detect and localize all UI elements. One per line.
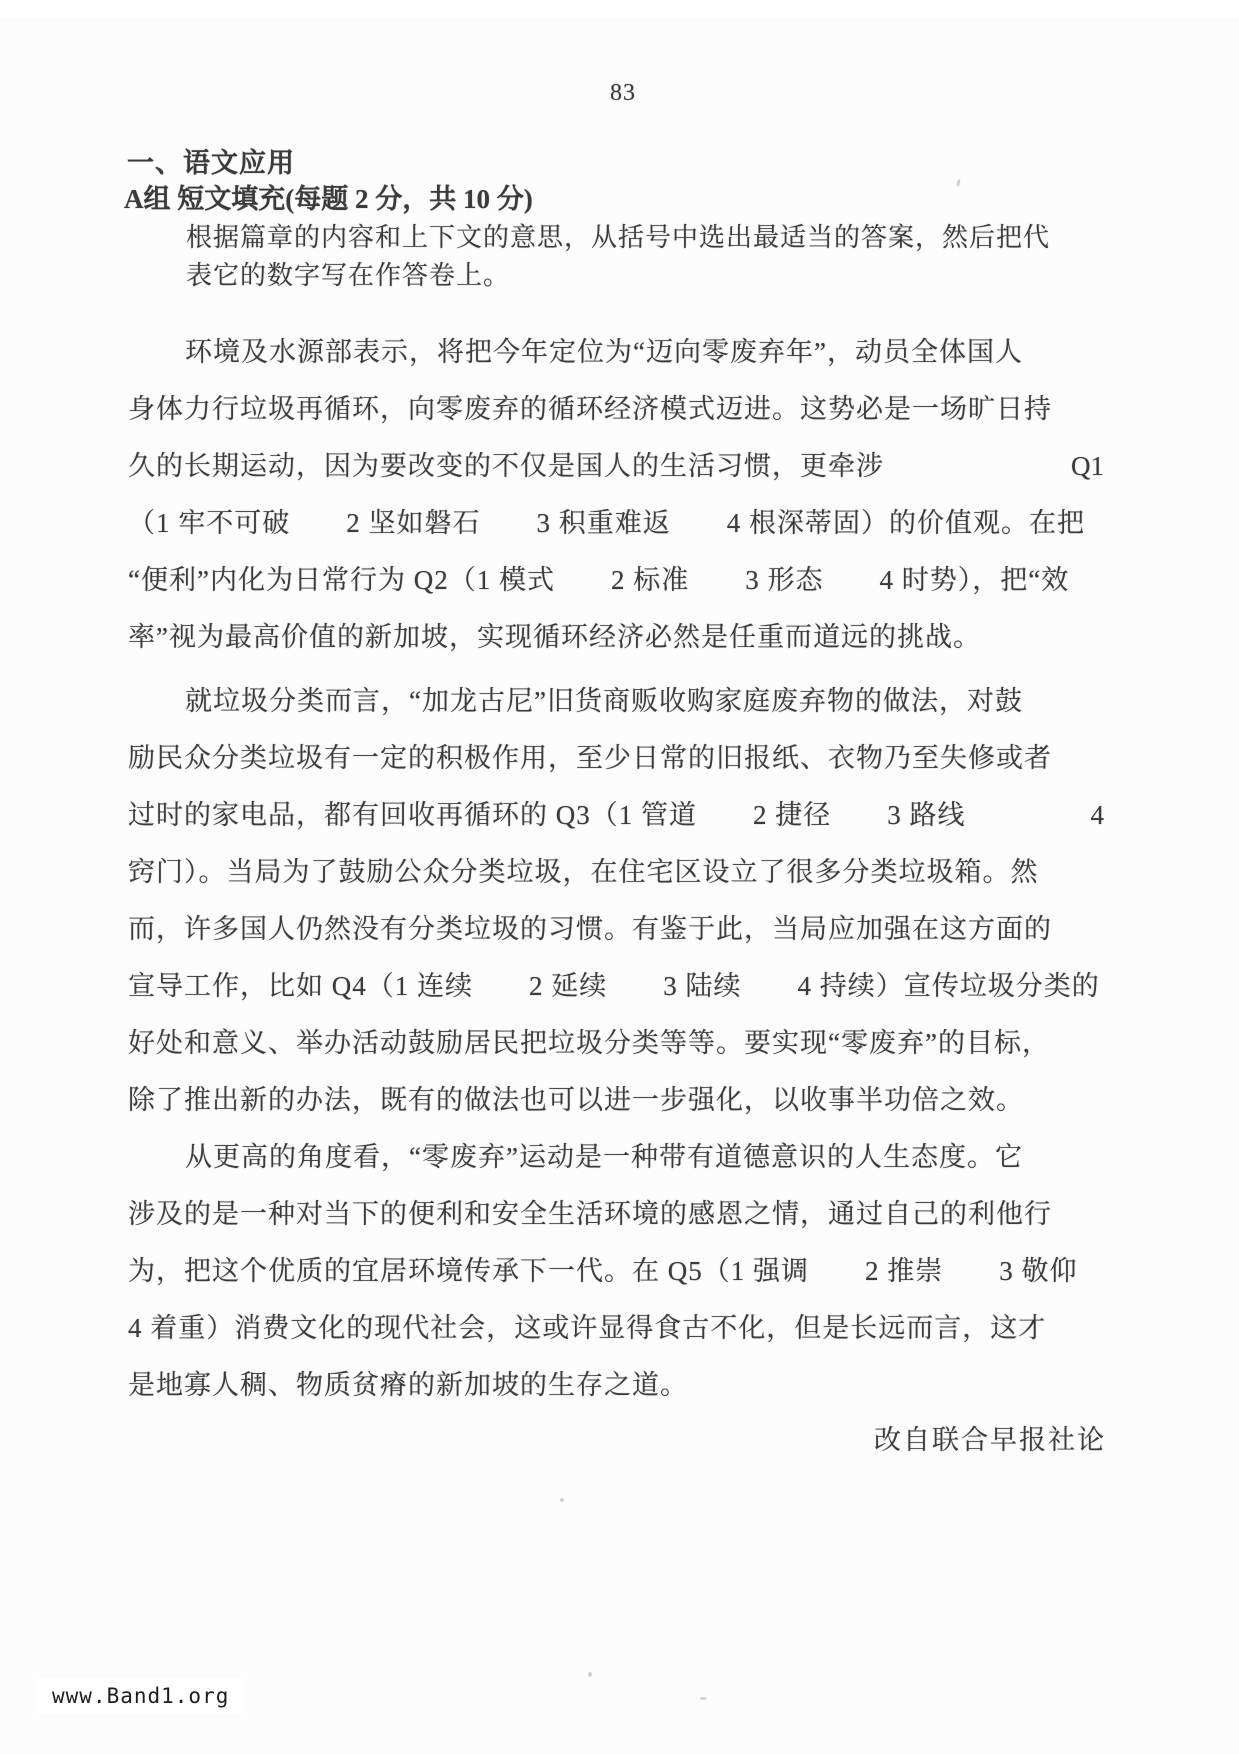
passage: 环境及水源部表示，将把今年定位为“迈向零废弃年”，动员全体国人 身体力行垃圾再循… <box>128 324 1106 1414</box>
section-heading: 一、语文应用 <box>127 141 295 180</box>
passage-line: 为，把这个优质的宜居环境传承下一代。在 Q5（1 强调 2 推崇 3 敬仰 <box>128 1243 1106 1300</box>
passage-paragraph: 从更高的角度看，“零废弃”运动是一种带有道德意识的人生态度。它 涉及的是一种对当… <box>128 1129 1106 1414</box>
passage-line: （1 牢不可破 2 坚如磐石 3 积重难返 4 根深蒂固）的价值观。在把 <box>128 495 1106 552</box>
passage-line: 4 着重）消费文化的现代社会，这或许显得食古不化，但是长远而言，这才 <box>128 1300 1106 1357</box>
passage-paragraph: 就垃圾分类而言，“加龙古尼”旧货商贩收购家庭废弃物的做法，对鼓 励民众分类垃圾有… <box>128 673 1106 1129</box>
passage-line: 窍门）。当局为了鼓励公众分类垃圾，在住宅区设立了很多分类垃圾箱。然 <box>128 844 1106 901</box>
question-number-q1: Q1 <box>1071 438 1104 495</box>
scan-speck <box>560 1498 564 1502</box>
scan-speck <box>588 1672 592 1677</box>
group-heading: A组 短文填充(每题 2 分，共 10 分) <box>124 177 533 216</box>
passage-line: 从更高的角度看，“零废弃”运动是一种带有道德意识的人生态度。它 <box>128 1129 1106 1186</box>
passage-line: “便利”内化为日常行为 Q2（1 模式 2 标准 3 形态 4 时势），把“效 <box>128 552 1106 609</box>
instruction-line: 根据篇章的内容和上下文的意思，从括号中选出最适当的答案，然后把代 <box>186 217 1050 254</box>
passage-line: 除了推出新的办法，既有的做法也可以进一步强化，以收事半功倍之效。 <box>128 1072 1106 1129</box>
scan-speck <box>700 1697 707 1700</box>
passage-line: 身体力行垃圾再循环，向零废弃的循环经济模式迈进。这势必是一场旷日持 <box>128 381 1106 438</box>
passage-line: 是地寡人稠、物质贫瘠的新加坡的生存之道。 <box>128 1357 1106 1414</box>
passage-line: 过时的家电品，都有回收再循环的 Q3（1 管道 2 捷径 3 路线 4 <box>128 787 1106 844</box>
passage-line-text: 过时的家电品，都有回收再循环的 Q3（1 管道 2 捷径 3 路线 <box>128 787 966 844</box>
passage-line: 久的长期运动，因为要改变的不仅是国人的生活习惯，更牵涉 Q1 <box>128 438 1106 495</box>
passage-line: 涉及的是一种对当下的便利和安全生活环境的感恩之情，通过自己的利他行 <box>128 1186 1106 1243</box>
scan-speck <box>956 179 961 187</box>
passage-line-text: 久的长期运动，因为要改变的不仅是国人的生活习惯，更牵涉 <box>128 438 884 495</box>
passage-line: 而，许多国人仍然没有分类垃圾的习惯。有鉴于此，当局应加强在这方面的 <box>128 901 1106 958</box>
watermark-url: www.Band1.org <box>52 1684 229 1708</box>
option-number-4: 4 <box>1091 787 1105 844</box>
passage-line: 率”视为最高价值的新加坡，实现循环经济必然是任重而道远的挑战。 <box>128 609 1106 666</box>
passage-line: 环境及水源部表示，将把今年定位为“迈向零废弃年”，动员全体国人 <box>128 324 1106 381</box>
passage-line: 励民众分类垃圾有一定的积极作用，至少日常的旧报纸、衣物乃至失修或者 <box>128 730 1106 787</box>
passage-paragraph: 环境及水源部表示，将把今年定位为“迈向零废弃年”，动员全体国人 身体力行垃圾再循… <box>128 324 1106 666</box>
passage-line: 好处和意义、举办活动鼓励居民把垃圾分类等等。要实现“零废弃”的目标， <box>128 1015 1106 1072</box>
passage-line: 宣导工作，比如 Q4（1 连续 2 延续 3 陆续 4 持续）宣传垃圾分类的 <box>128 958 1106 1015</box>
page-number: 83 <box>610 80 636 107</box>
passage-line: 就垃圾分类而言，“加龙古尼”旧货商贩收购家庭废弃物的做法，对鼓 <box>128 673 1106 730</box>
scan-top-margin <box>0 0 1239 18</box>
source-attribution: 改自联合早报社论 <box>128 1418 1106 1457</box>
instruction-line: 表它的数字写在作答卷上。 <box>186 255 510 292</box>
